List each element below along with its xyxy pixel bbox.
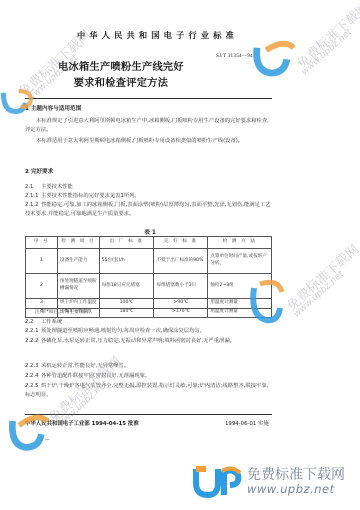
clause-number: 2.2.5 [25,382,41,391]
cell-good: >90℃ [154,299,208,309]
up-logo-icon [6,410,50,454]
clause-number: 2.2 [25,318,41,327]
document-page: 中华人民共和国电子行业标准 SJ/T 31354—94 电冰箱生产喷粉生产线完好… [0,0,360,510]
clause-number: 2.2.4 [25,372,41,381]
clause-number: 2.1.1 [25,192,41,201]
header-cell-good: 完 好 标 准 [154,237,208,249]
header-cell-no: 序 号 [26,237,58,249]
document-title-line1: 电冰箱生产喷粉生产线完好 [0,58,242,73]
header-cell-item: 检 测 项 目 [57,237,99,249]
watermark-url-text: www.upbz.net [300,27,354,77]
effective-date: 1994-06-01 实施 [225,419,269,427]
clause-text: 预处理隧道至喷咀应畅通,喷射均匀,每周应检查一次,确保涂复层均匀。 [41,328,205,334]
cell-good: 每组堵塞数小于3只 [154,274,208,299]
requirements-table: 序 号 检 测 项 目 出 厂 标 准 完 好 标 准 检 测 方 法 1 设备… [25,236,272,318]
standard-category: 中华人民共和国电子行业标准 [0,30,238,41]
cell-good: >170℃ [154,308,208,318]
clause-2-2: 2.2工作系统 [25,318,272,327]
header-cell-factory: 出 厂 标 准 [99,237,154,249]
cell-method: 用温度计测量 [208,299,272,309]
clause-text: 性能稳定,可靠,加工的冰箱侧板,门板,表面涂塑(喷粉)层厚薄均匀,表面平整,光泽… [25,202,270,217]
section-1-heading: 1 主题内容与适用范围 [25,104,81,112]
up-logo-icon [250,34,296,80]
clause-2-2-4: 2.2.4各种管道配件联接牢固,密封良好,无泄漏现象。 [25,372,272,381]
table-caption: 表 1 [0,227,300,236]
clause-text: 风机运转正常,性能良好,无异常噪音。 [41,363,129,369]
table-note: 注:带*项目,均为主要项目。 [35,308,93,315]
clause-number: 2.2.2 [25,337,41,346]
clause-text: 各磷化泵,水泵运转正常,压力稳定,无振动和异常声响;填料函密封良好,无严重泄漏。 [41,338,235,344]
clause-2-1: 2.1主要技术性能 [25,183,272,192]
document-title-line2: 要求和检查评定方法 [0,74,242,89]
cell-method: 点算单位时间产量,或按班产分析。 [208,249,272,274]
brand-logo-icon [192,465,242,499]
clause-text: 主要技术性能指标的完好要求见表1所列。 [41,193,140,199]
clause-2-2-3: 2.2.3风机运转正常,性能良好,无异常噪音。 [25,362,272,371]
cell-method: 抽检2~3组 [208,274,272,299]
clause-number: 2.1.2 [25,201,41,210]
clause-2-2-5: 2.2.5烘干炉,干燥炉各电气装置齐全,完整无损,温控装置,指示灯灵敏,可靠;炉… [25,382,272,399]
cell-factory: 每组18只应无堵塞 [99,274,154,299]
cell-item: 预处理隧道至喷粉槽漏情况 [57,274,99,299]
footer-rule [25,414,272,415]
section-2-heading: 2 完好要求 [25,167,53,175]
clause-text: 各种管道配件联接牢固,密封良好,无泄漏现象。 [41,373,150,379]
cell-factory: 55台(套)/h [99,249,154,274]
up-logo-icon [0,86,34,120]
clause-number: 2.1 [25,183,41,192]
clause-2-2-2: 2.2.2各磷化泵,水泵运转正常,压力稳定,无振动和异常声响;填料函密封良好,无… [25,337,272,346]
header-rule [25,98,272,99]
brand-url[interactable]: www.upbz.net [247,482,335,496]
clause-text: 主要技术性能 [41,184,73,190]
table-row: 1 设备生产能力 55台(套)/h 不低于出厂标准的90% 点算单位时间产量,或… [26,249,272,274]
cell-item: 烘干炉内工作温度 [57,299,99,309]
clause-2-1-1: 2.1.1主要技术性能指标的完好要求见表1所列。 [25,192,272,201]
approval-line: 中华人民共和国电子工业部 1994-04-15 批准 [25,419,139,427]
watermark-url-text: www.upbz.net [292,269,346,319]
cell-factory: 100℃ [99,299,154,309]
page-marker: 1 — [40,437,50,443]
clause-number: 2.2.3 [25,362,41,371]
cell-good: 不低于出厂标准的90% [154,249,208,274]
watermark-brand-text: 免费标准下载网 [282,239,360,314]
table-row: 3 烘干炉内工作温度 100℃ >90℃ 用温度计测量 [26,299,272,309]
clause-2-1-2: 2.1.2性能稳定,可靠,加工的冰箱侧板,门板,表面涂塑(喷粉)层厚薄均匀,表面… [25,201,272,218]
table-header-row: 序 号 检 测 项 目 出 厂 标 准 完 好 标 准 检 测 方 法 [26,237,272,249]
table-row: 2 预处理隧道至喷粉槽漏情况 每组18只应无堵塞 每组堵塞数小于3只 抽检2~3… [26,274,272,299]
brand-name: 免费标准下载网 [247,464,345,484]
clause-2-2-1: 2.2.1预处理隧道至喷咀应畅通,喷射均匀,每周应检查一次,确保涂复层均匀。 [25,327,272,336]
header-cell-method: 检 测 方 法 [208,237,272,249]
clause-text: 烘干炉,干燥炉各电气装置齐全,完整无损,温控装置,指示灯灵敏,可靠;炉内清洁;线… [25,383,268,398]
clause-text: 工作系统 [41,319,62,325]
cell-no: 2 [26,274,58,299]
cell-method: 用温度计测量 [208,308,272,318]
watermark-brand-text: 免费标准下载网 [292,0,360,72]
section-1-para-2: 本标准适用于意大利阿里斯顿电冰箱侧板,门板喷粉专用设备相类似的喷粉生产线(设备)… [25,137,272,146]
cell-no: 3 [26,299,58,309]
cell-factory: 180℃ [99,308,154,318]
cell-no: 1 [26,249,58,274]
section-1-para-1: 本标准规定了引进意大利阿里斯顿电冰箱生产中,冰箱侧板,门板喷粉专用生产设备的完好… [25,117,272,134]
clause-number: 2.2.1 [25,327,41,336]
cell-item: 设备生产能力 [57,249,99,274]
